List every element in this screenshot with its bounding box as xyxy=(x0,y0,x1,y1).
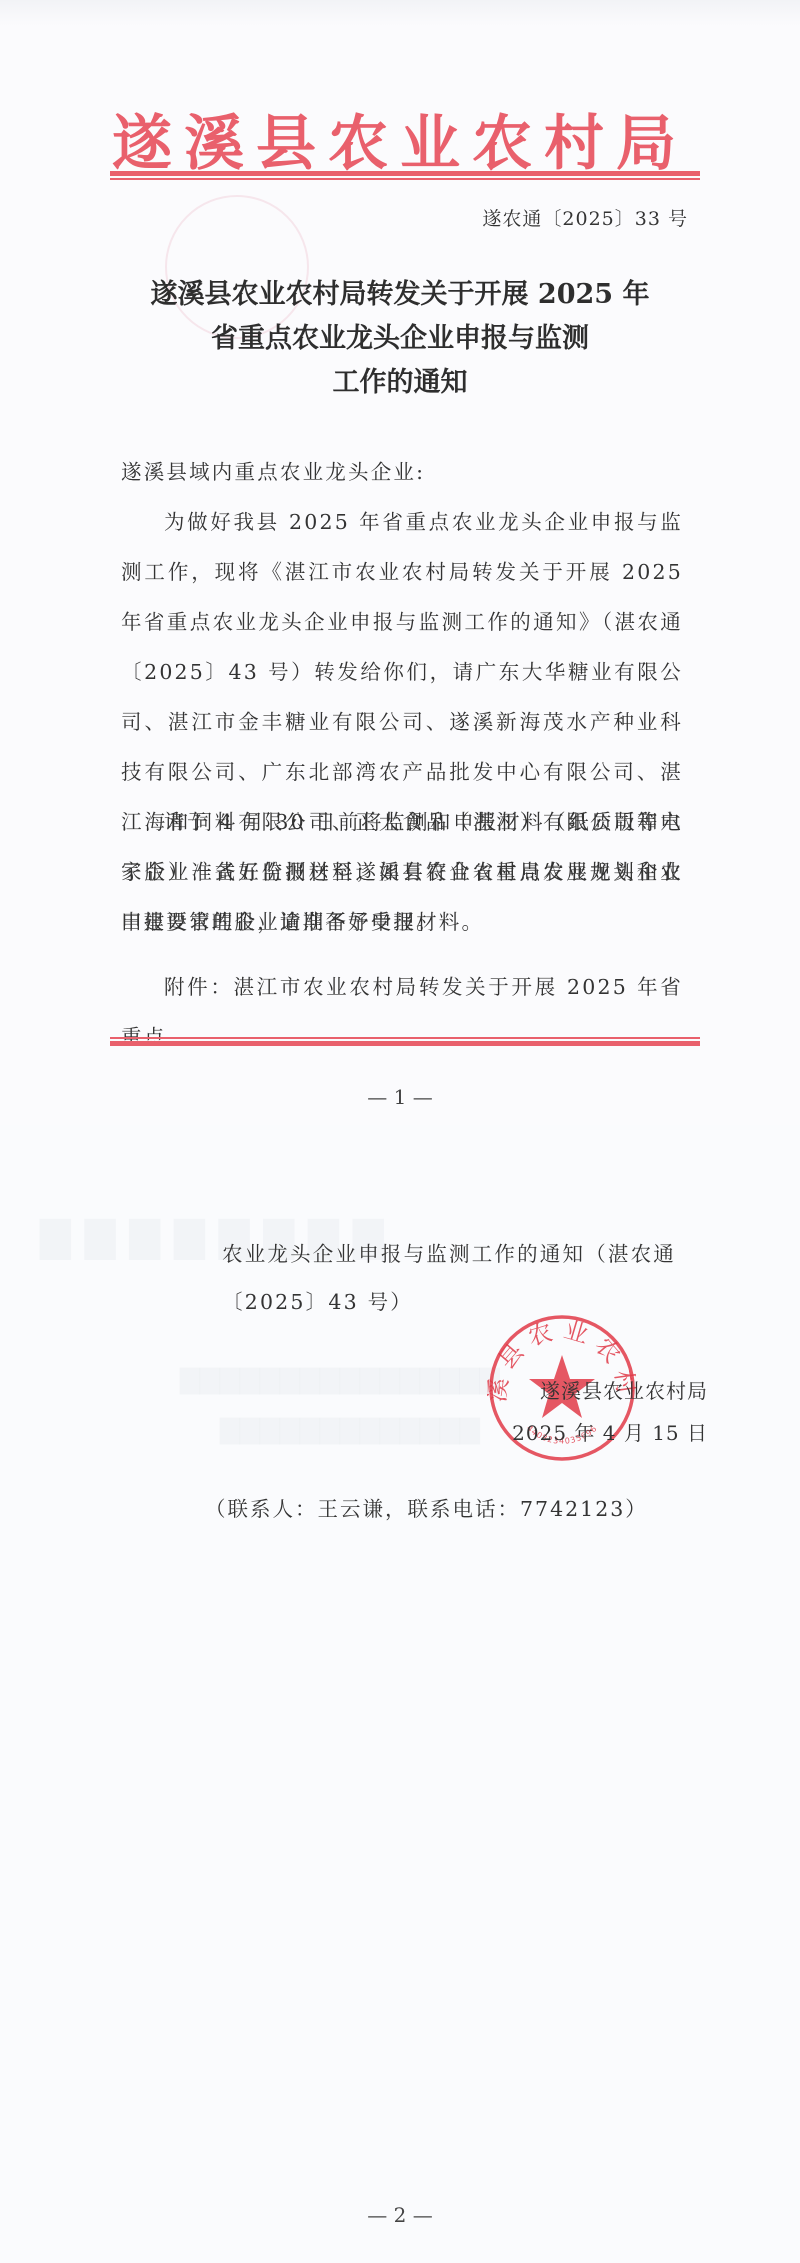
title-line-2: 省重点农业龙头企业申报与监测 xyxy=(80,317,720,361)
document-title: 遂溪县农业农村局转发关于开展 2025 年 省重点农业龙头企业申报与监测 工作的… xyxy=(80,273,720,405)
signature-org: 遂溪县农业农村局 xyxy=(512,1370,708,1412)
page-number-2: — 2 — xyxy=(0,2203,800,2227)
contact-info: （联系人：王云谦，联系电话：7742123） xyxy=(205,1492,648,1522)
page-number-1: — 1 — xyxy=(0,1085,800,1109)
bleed-through-text: ▇▇▇▇▇▇▇▇▇▇▇▇▇ xyxy=(220,1415,480,1445)
signature-date: 2025 年 4 月 15 日 xyxy=(512,1412,708,1454)
bleed-through-text: ▇▇▇▇▇▇▇▇▇▇▇▇▇▇▇▇ xyxy=(180,1365,500,1395)
attachment-line: 附件：湛江市农业农村局转发关于开展 2025 年省重点 xyxy=(121,962,683,1062)
title-line-3: 工作的通知 xyxy=(80,361,720,405)
attachment-continuation: 农业龙头企业申报与监测工作的通知（湛农通〔2025〕43 号） xyxy=(222,1230,702,1326)
scan-edge xyxy=(0,0,800,26)
body-paragraph-2: 请于 4 月 30 日前将监测和申报材料（纸质版和电子版）一式五份报送至遂溪县农… xyxy=(121,797,683,947)
footer-red-rule xyxy=(110,1037,700,1046)
signature-block: 遂溪县农业农村局 2025 年 4 月 15 日 xyxy=(512,1370,708,1454)
salutation: 遂溪县域内重点农业龙头企业: xyxy=(121,447,683,497)
masthead-red-rule xyxy=(110,171,700,180)
document-page-1: 遂溪县农业农村局 遂农通〔2025〕33 号 遂溪县农业农村局转发关于开展 20… xyxy=(0,0,800,1125)
document-number: 遂农通〔2025〕33 号 xyxy=(482,204,688,231)
title-line-1: 遂溪县农业农村局转发关于开展 2025 年 xyxy=(80,273,720,317)
